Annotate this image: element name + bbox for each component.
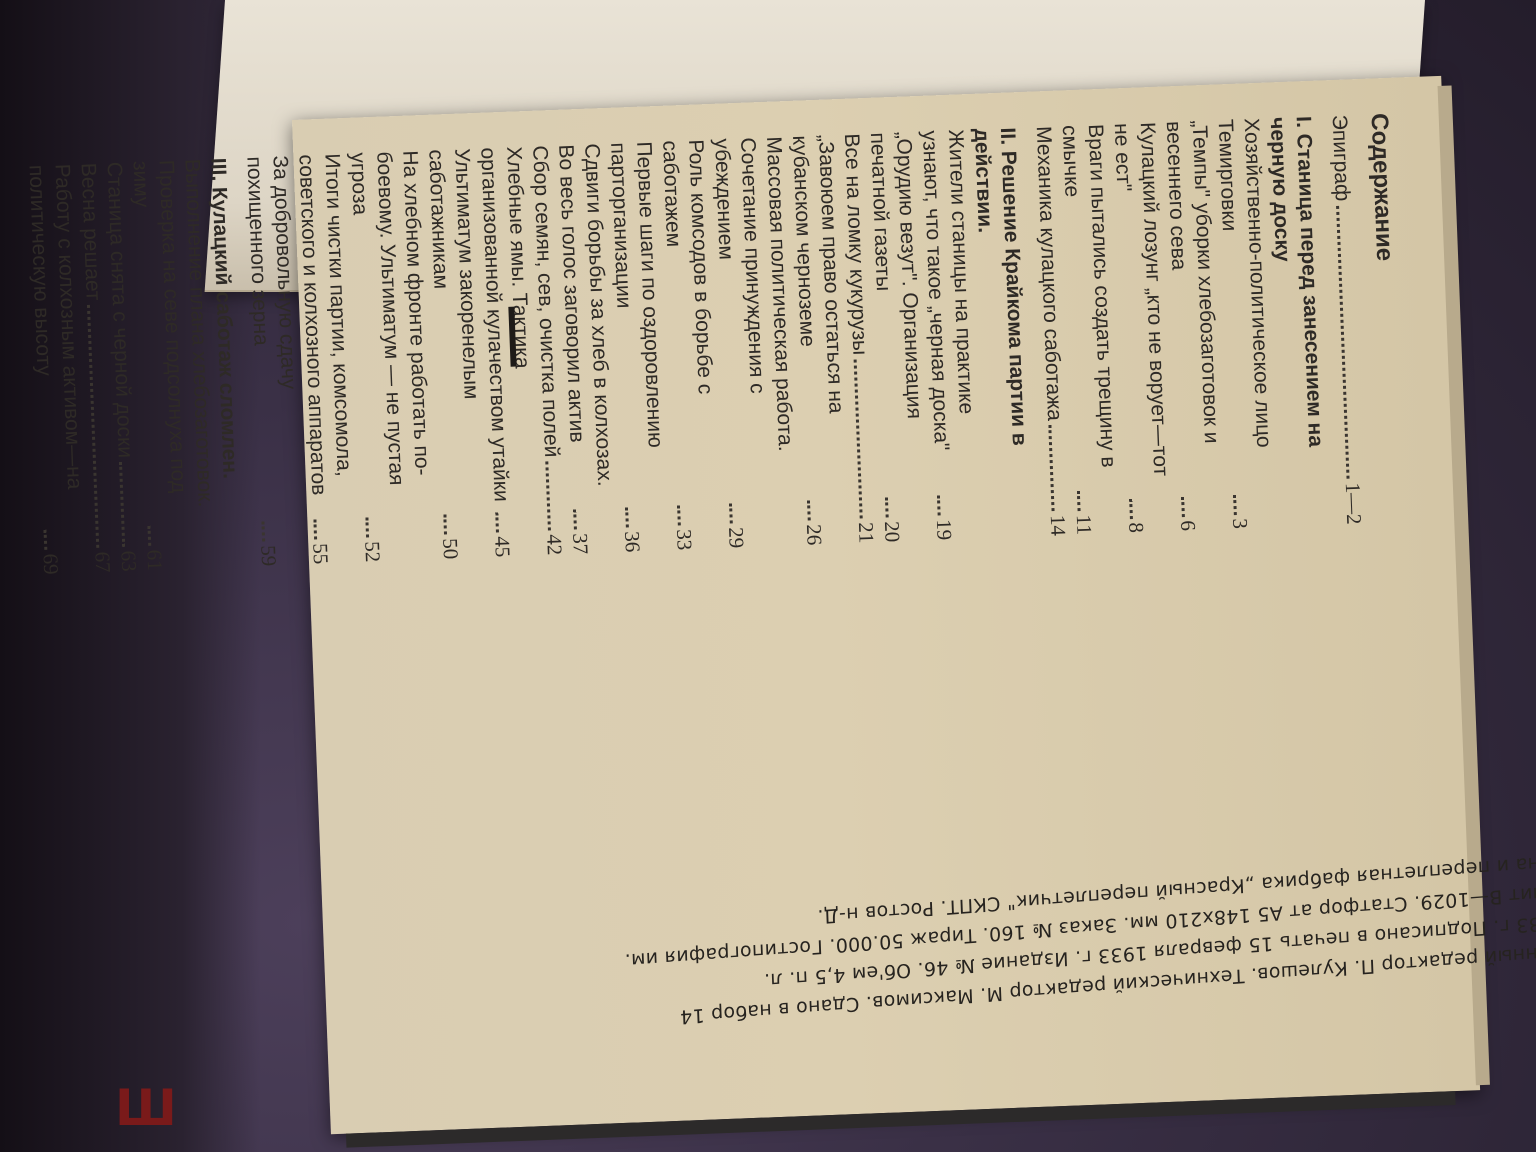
leader-dots xyxy=(147,526,151,546)
toc-page-number: 8 xyxy=(1123,522,1149,533)
toc-page-number: 61 xyxy=(141,549,168,571)
leader-dots xyxy=(443,514,447,534)
leader-dots xyxy=(1048,425,1054,511)
toc-page-number: 67 xyxy=(89,551,116,573)
leader-dots xyxy=(1336,205,1349,478)
toc-entry: Эпиграф1—2 xyxy=(1326,114,1368,525)
toc-page-number: 37 xyxy=(567,533,594,555)
leader-dots xyxy=(119,462,125,547)
toc-page-number: 29 xyxy=(723,527,750,549)
leader-dots xyxy=(261,521,265,541)
toc-page-number: 20 xyxy=(879,521,906,543)
leader-dots xyxy=(1181,497,1185,517)
toc-page-number: 55 xyxy=(307,543,334,565)
toc-page-number: 6 xyxy=(1175,520,1201,531)
toc-entry-text: Весна решает xyxy=(75,162,106,301)
book-page: Содержание Эпиграф1—2I. Станица перед за… xyxy=(292,76,1480,1134)
toc-page-number: 42 xyxy=(541,534,568,556)
toc-page-number: 33 xyxy=(671,529,698,551)
toc-page-number: 21 xyxy=(853,522,880,544)
toc-list: Эпиграф1—2I. Станица перед занесением на… xyxy=(23,114,1368,575)
toc-title: Содержание xyxy=(1366,113,1408,524)
toc-page-number: 45 xyxy=(489,536,516,558)
toc-page-number: 14 xyxy=(1045,514,1072,536)
leader-dots xyxy=(1129,499,1133,519)
leader-dots xyxy=(729,503,733,523)
leader-dots xyxy=(313,519,317,539)
toc-page-number: 50 xyxy=(437,538,464,560)
toc-page-number: 63 xyxy=(115,550,142,572)
toc-page-number: 26 xyxy=(801,524,828,546)
toc-page-number: 36 xyxy=(619,531,646,553)
toc-entry-text: Массовая политическая работа. Сочетание … xyxy=(708,136,800,500)
toc-entry: На хлебном фронте работать по-боевому. У… xyxy=(344,150,438,563)
toc-page-number: 3 xyxy=(1227,518,1253,529)
leader-dots xyxy=(545,461,551,530)
toc-entry: Выполнение плана хлебозаготовок. Проверк… xyxy=(126,158,220,571)
leader-dots xyxy=(807,500,811,520)
leader-dots xyxy=(625,507,629,527)
toc-entry-text: Эпиграф xyxy=(1326,114,1355,201)
toc-page-number: 59 xyxy=(255,545,282,567)
leader-dots xyxy=(44,530,48,550)
toc-page-number: 19 xyxy=(931,519,958,541)
toc-page-number: 69 xyxy=(37,553,64,575)
toc-page-number: 52 xyxy=(359,541,386,563)
leader-dots xyxy=(677,505,681,525)
watermark-logo: Ш xyxy=(115,1078,185,1140)
toc-page-number: 11 xyxy=(1071,514,1098,535)
leader-dots xyxy=(1233,495,1237,515)
leader-dots xyxy=(495,512,499,532)
toc-entry: Массовая политическая работа. Сочетание … xyxy=(708,136,802,549)
leader-dots xyxy=(854,359,863,518)
toc-page-number: 1—2 xyxy=(1340,482,1368,525)
leader-dots xyxy=(885,497,889,517)
leader-dots xyxy=(365,517,369,537)
leader-dots xyxy=(87,305,99,548)
leader-dots xyxy=(1077,491,1081,511)
leader-dots xyxy=(573,509,577,529)
leader-dots xyxy=(937,495,941,515)
table-of-contents: Содержание Эпиграф1—2I. Станица перед за… xyxy=(23,113,1414,576)
toc-entry-text: Выполнение плана хлебозаготовок. Проверк… xyxy=(126,158,218,522)
toc-entry-text: На хлебном фронте работать по-боевому. У… xyxy=(344,150,436,514)
